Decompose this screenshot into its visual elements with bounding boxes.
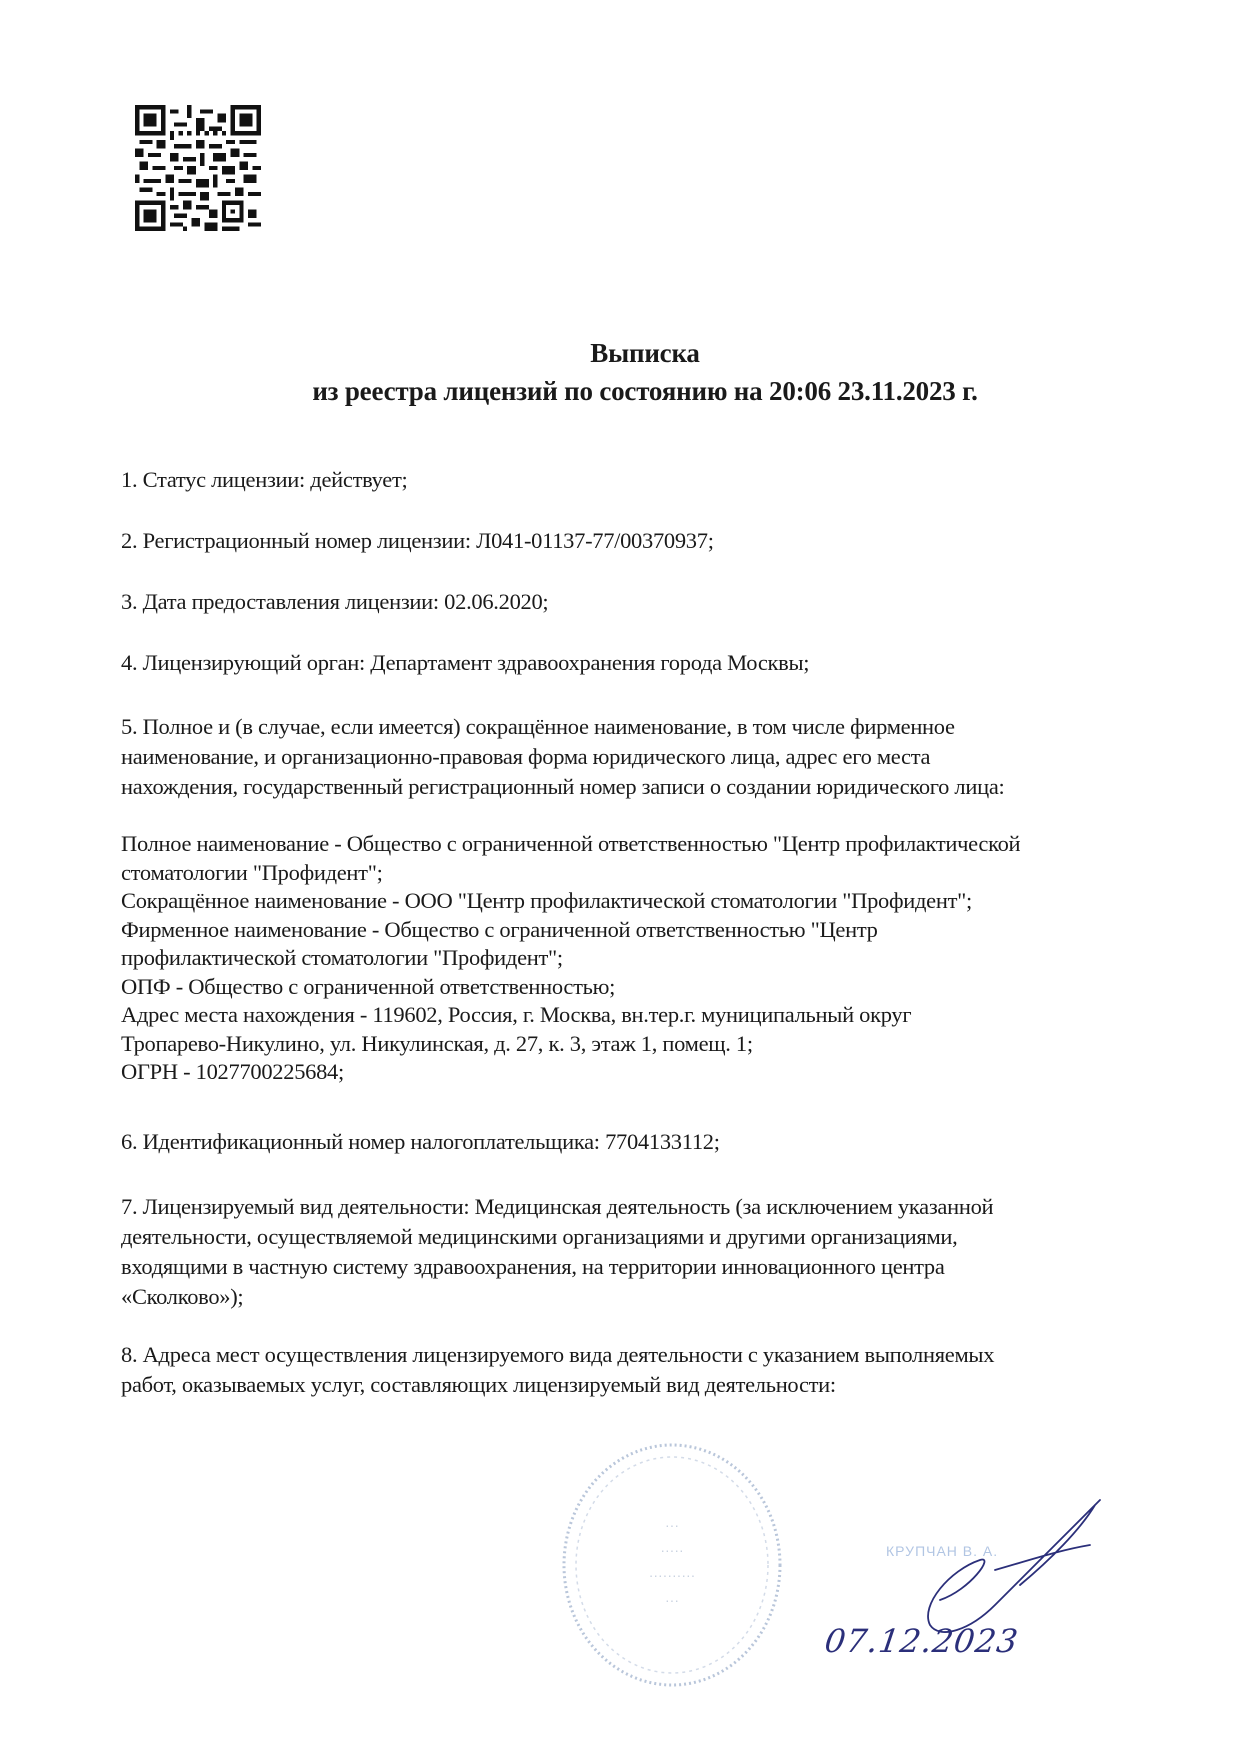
organization-details: Полное наименование - Общество с огранич… xyxy=(121,830,1161,1087)
item-licensed-activity: 7. Лицензируемый вид деятельности: Медиц… xyxy=(121,1192,1161,1312)
text-line: профилактической стоматологии "Профидент… xyxy=(121,944,1161,973)
svg-text:···: ··· xyxy=(665,1592,679,1608)
text-line: Тропарево-Никулино, ул. Никулинская, д. … xyxy=(121,1030,1161,1059)
handwritten-date: 07.12.2023 xyxy=(822,1622,1021,1660)
item-activity-addresses: 8. Адреса мест осуществления лицензируем… xyxy=(121,1340,1161,1400)
text-line: стоматологии "Профидент"; xyxy=(121,859,1161,888)
item-issue-date: 3. Дата предоставления лицензии: 02.06.2… xyxy=(121,587,1161,617)
text-line: работ, оказываемых услуг, составляющих л… xyxy=(121,1370,1161,1400)
document-subtitle: из реестра лицензий по состоянию на 20:0… xyxy=(0,376,1240,407)
svg-text:···: ··· xyxy=(665,1517,679,1533)
text-line: ОГРН - 1027700225684; xyxy=(121,1058,1161,1087)
text-line: 7. Лицензируемый вид деятельности: Медиц… xyxy=(121,1192,1161,1222)
round-stamp-icon: ··· ····· ·········· ··· xyxy=(560,1440,785,1690)
text-line: ОПФ - Общество с ограниченной ответствен… xyxy=(121,973,1161,1002)
text-line: Полное наименование - Общество с огранич… xyxy=(121,830,1161,859)
svg-text:··········: ·········· xyxy=(649,1567,696,1583)
item-license-status: 1. Статус лицензии: действует; xyxy=(121,465,1161,495)
item-licensing-authority: 4. Лицензирующий орган: Департамент здра… xyxy=(121,648,1161,678)
item-organization-heading: 5. Полное и (в случае, если имеется) сок… xyxy=(121,712,1161,802)
text-line: Сокращённое наименование - ООО "Центр пр… xyxy=(121,887,1161,916)
text-line: 5. Полное и (в случае, если имеется) сок… xyxy=(121,712,1161,742)
item-taxpayer-id: 6. Идентификационный номер налогоплатель… xyxy=(121,1127,1161,1157)
item-registration-number: 2. Регистрационный номер лицензии: Л041-… xyxy=(121,526,1161,556)
text-line: 8. Адреса мест осуществления лицензируем… xyxy=(121,1340,1161,1370)
text-line: нахождения, государственный регистрацион… xyxy=(121,772,1161,802)
text-line: деятельности, осуществляемой медицинским… xyxy=(121,1222,1161,1252)
text-line: входящими в частную систему здравоохране… xyxy=(121,1252,1161,1282)
text-line: Адрес места нахождения - 119602, Россия,… xyxy=(121,1001,1161,1030)
document-title: Выписка xyxy=(0,338,1240,369)
svg-text:·····: ····· xyxy=(660,1542,683,1558)
text-line: Фирменное наименование - Общество с огра… xyxy=(121,916,1161,945)
text-line: «Сколково»); xyxy=(121,1282,1161,1312)
qr-code-icon xyxy=(135,105,261,231)
text-line: наименование, и организационно-правовая … xyxy=(121,742,1161,772)
